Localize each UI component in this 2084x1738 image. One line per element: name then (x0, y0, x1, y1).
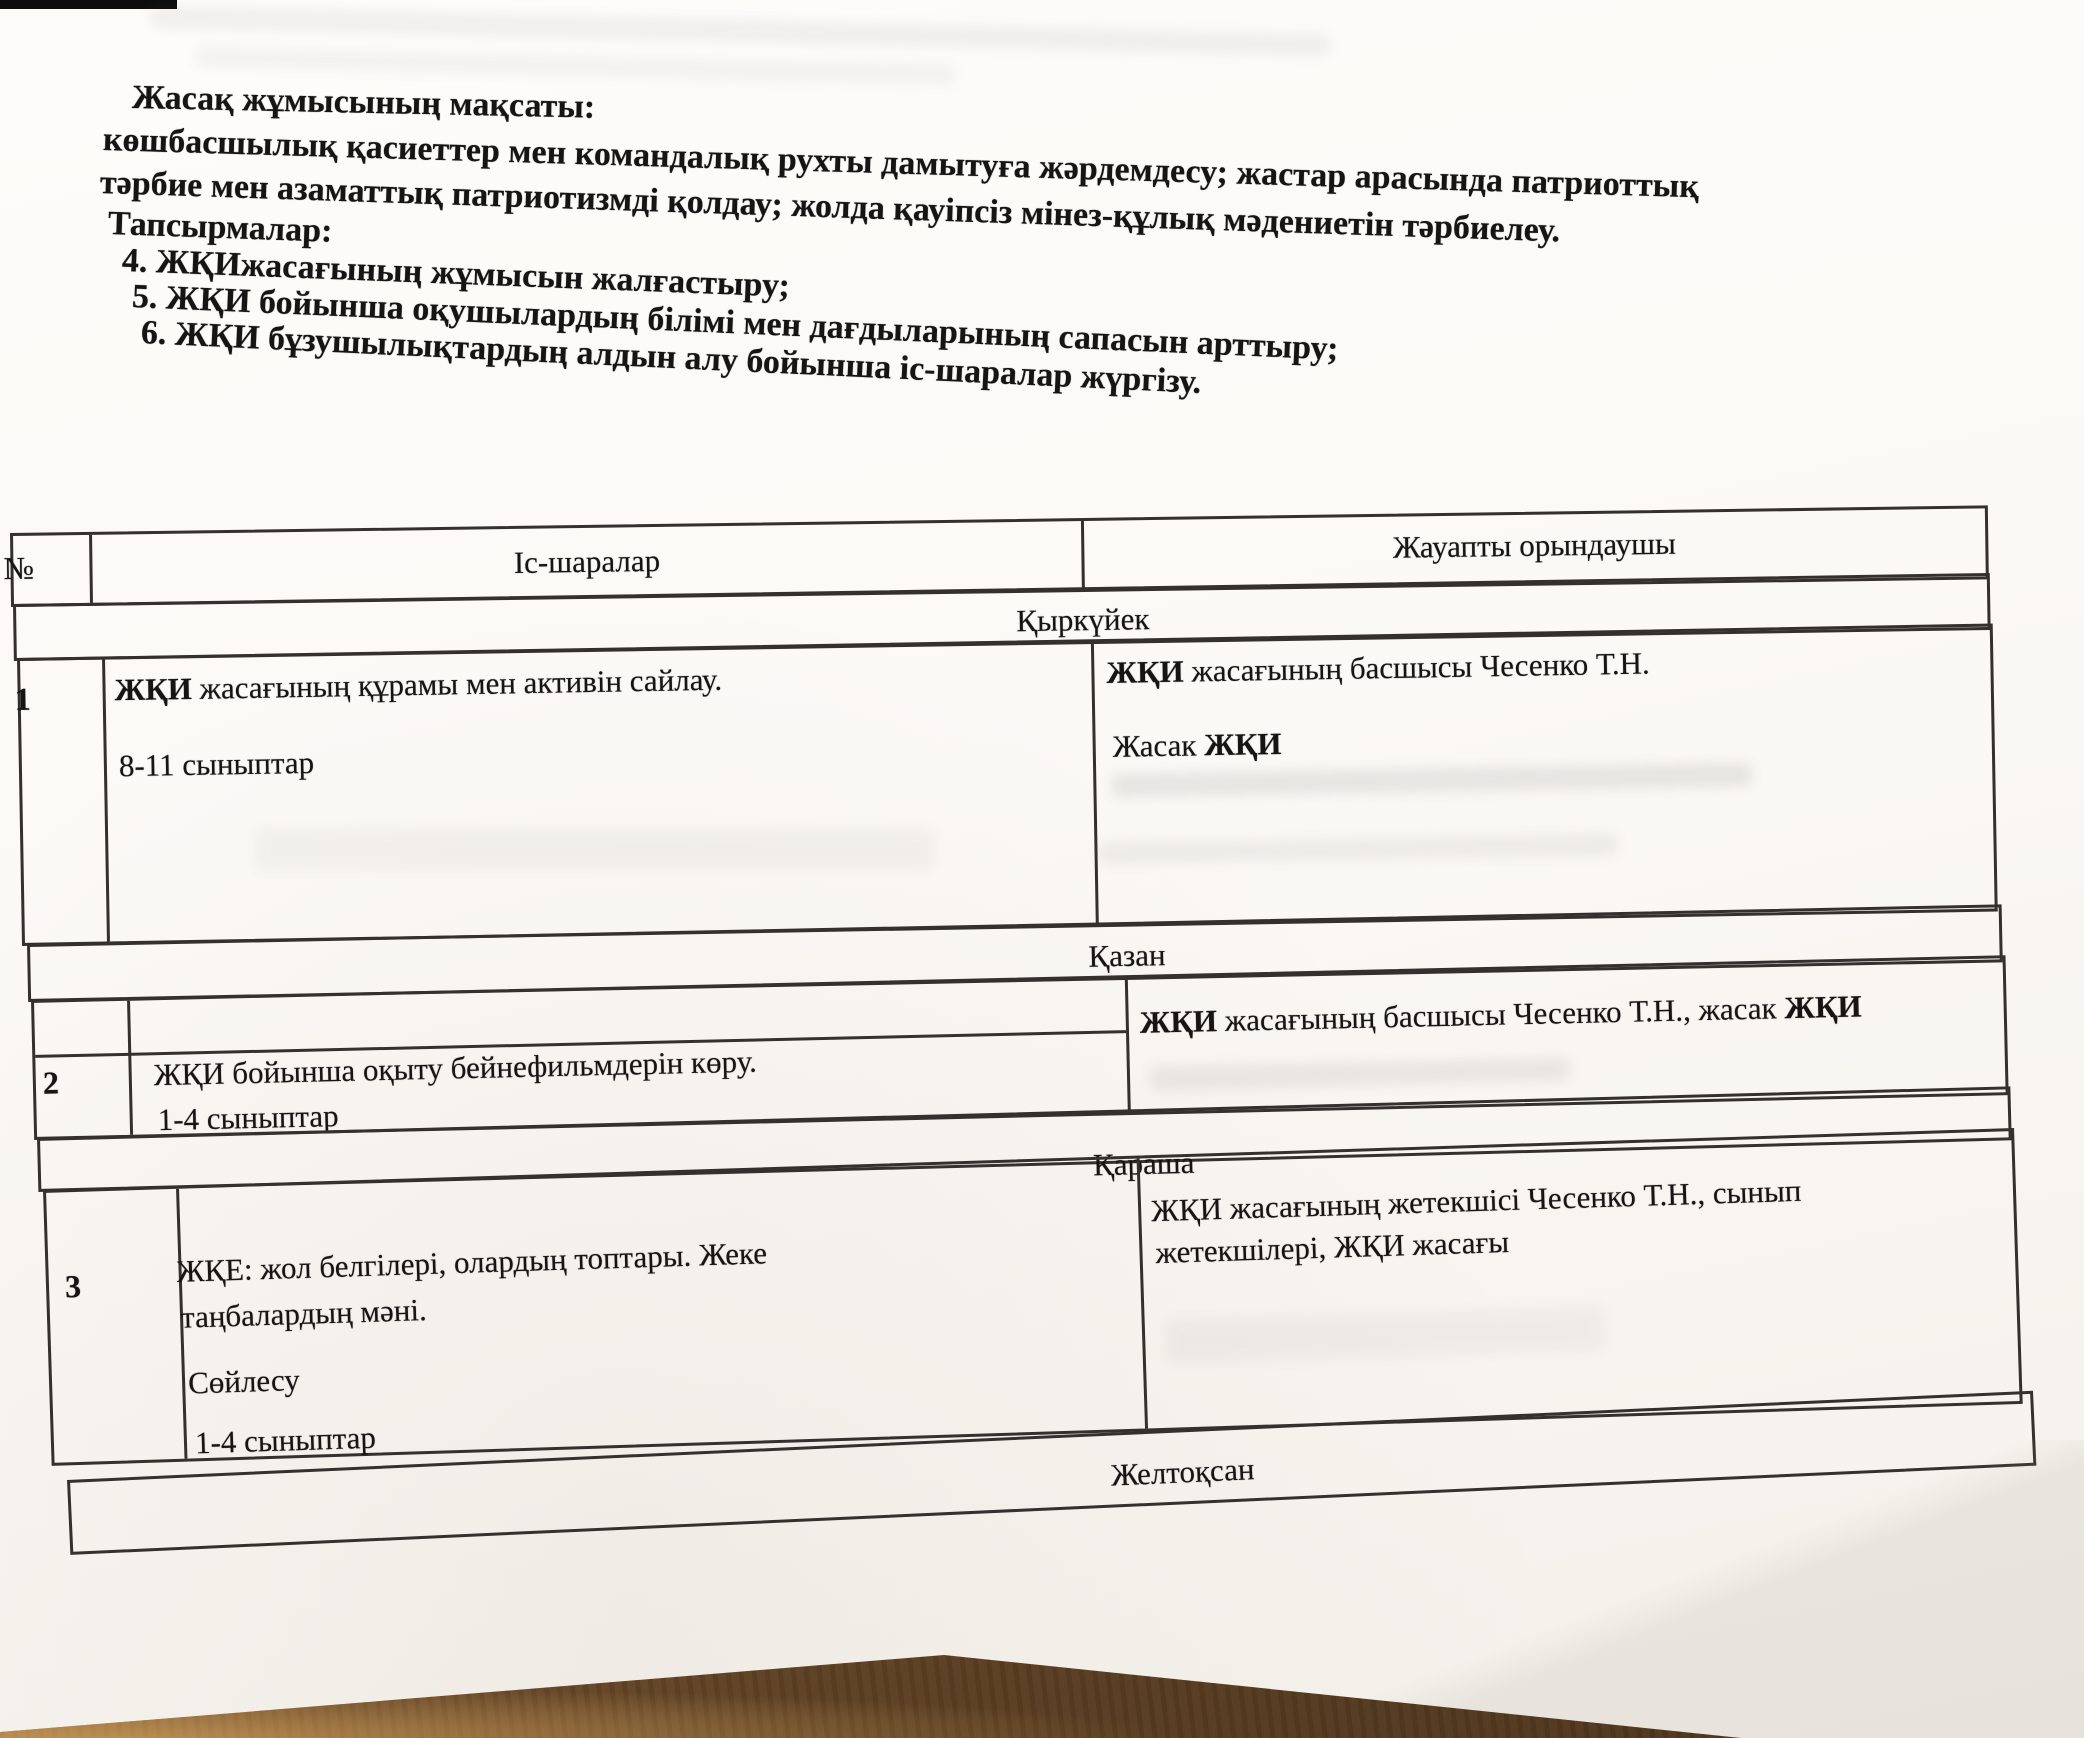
activity-cell-line: таңбалардың мәні. (180, 1291, 427, 1337)
month-label: Желтоқсан (1110, 1451, 1255, 1493)
responsible-text: жасағының басшысы Чесенко Т.Н., жасак (1217, 990, 1785, 1038)
activity-cell-line: Сөйлесу (188, 1361, 301, 1402)
activity-classes: 1-4 сыныптар (194, 1419, 376, 1463)
abbr-bold: ЖҚИ (114, 671, 192, 707)
paper-edge-shadow (1324, 1440, 2084, 1738)
activity-classes: 8-11 сыныптар (119, 744, 315, 785)
column-divider (1125, 978, 1131, 1112)
scanned-document-page: Жасақ жұмысының мақсаты: көшбасшылық қас… (0, 0, 2084, 1738)
column-divider (1091, 642, 1099, 924)
responsible-text: Жасак (1112, 727, 1204, 764)
abbr-bold: ЖҚИ (1139, 1003, 1217, 1040)
row-number: 3 (64, 1268, 81, 1305)
column-header-activities: Іс-шаралар (92, 536, 1081, 588)
responsible-cell-line: ЖҚИ жасағының басшысы Чесенко Т.Н. (1106, 645, 1650, 692)
row-number: 2 (42, 1064, 59, 1101)
abbr-bold: ЖҚИ (1106, 654, 1184, 690)
activity-cell-line: ЖҚЕ: жол белгілері, олардың топтары. Жек… (176, 1234, 767, 1291)
column-divider (127, 1001, 133, 1135)
responsible-text: жасағының басшысы Чесенко Т.Н. (1183, 646, 1650, 689)
heading-goal-title: Жасақ жұмысының мақсаты: (132, 78, 596, 128)
activity-text: жасағының құрамы мен активін сайлау. (192, 662, 723, 706)
month-label: Қазан (1088, 937, 1166, 975)
column-divider (102, 659, 110, 941)
bleedthrough-smudge (195, 47, 955, 86)
abbr-bold: ЖҚИ (1784, 988, 1862, 1025)
bleedthrough-smudge (150, 6, 1330, 57)
column-header-number: № (3, 549, 34, 587)
responsible-cell-line2: Жасак ЖҚИ (1112, 725, 1281, 766)
column-divider (1137, 1159, 1148, 1429)
responsible-cell-line: ЖҚИ жасағының жетекшісі Чесенко Т.Н., сы… (1151, 1172, 1802, 1230)
responsible-cell-line2: жетекшілері, ЖҚИ жасағы (1155, 1223, 1510, 1272)
row-number: 1 (14, 681, 31, 718)
responsible-cell-line: ЖҚИ жасағының басшысы Чесенко Т.Н., жаса… (1139, 987, 1862, 1041)
abbr-bold: ЖҚИ (1204, 726, 1282, 762)
month-label: Қыркүйек (1016, 601, 1150, 639)
column-header-responsible: Жауапты орындаушы (1084, 520, 1984, 571)
activity-cell-line: ЖҚИ жасағының құрамы мен активін сайлау. (114, 661, 722, 710)
